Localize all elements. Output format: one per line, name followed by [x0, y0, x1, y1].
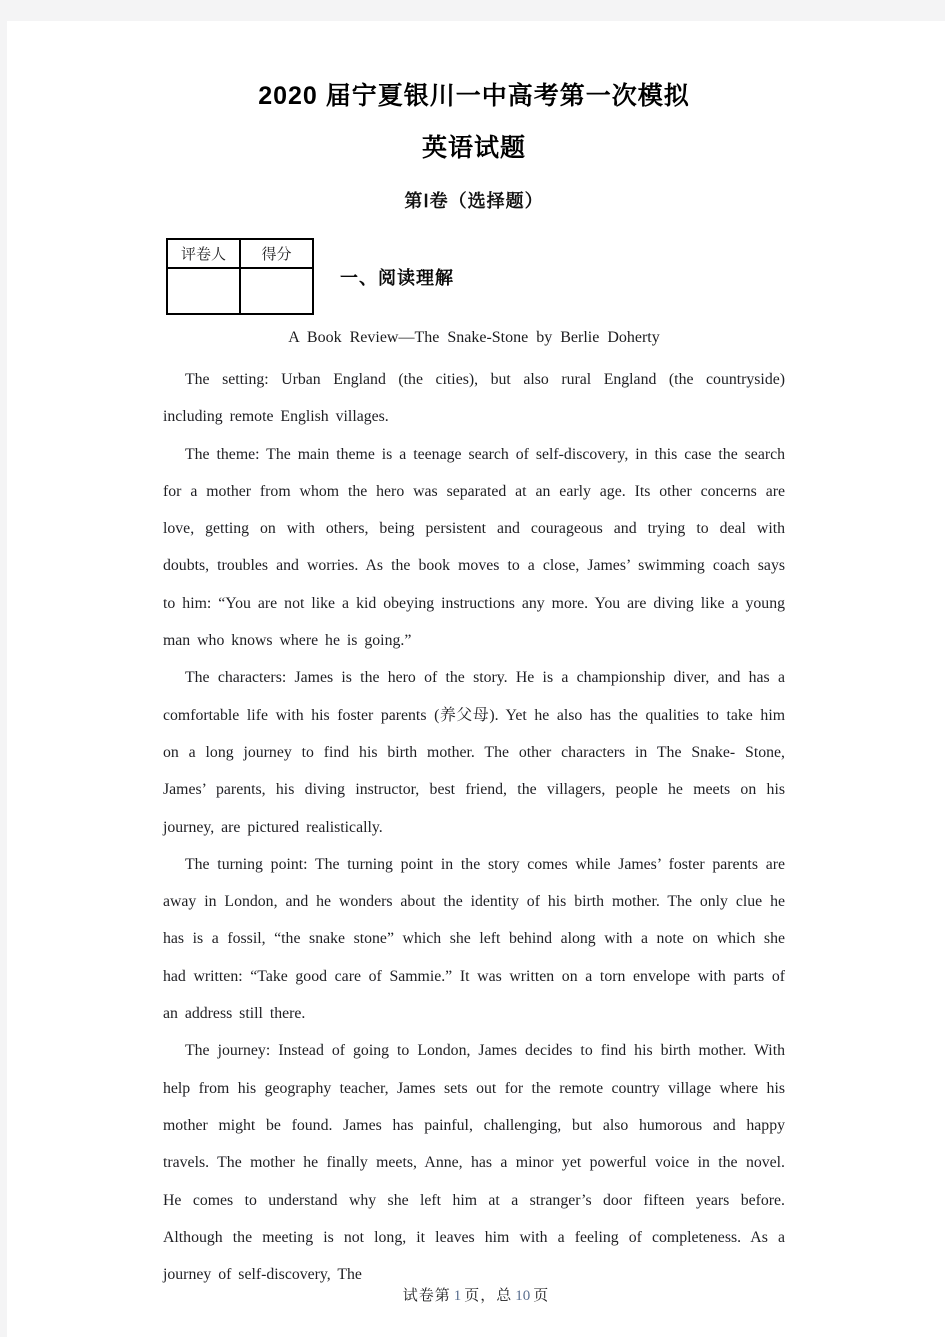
page-footer: 试卷第1页，总10页 [7, 1284, 945, 1305]
footer-page-number: 1 [451, 1288, 465, 1304]
grader-table: 评卷人 得分 [166, 238, 314, 315]
passage-paragraph: The journey: Instead of going to London,… [163, 1032, 785, 1293]
footer-suffix: 页 [533, 1288, 549, 1304]
exam-paper-page: 2020 届宁夏银川一中高考第一次模拟 英语试题 第Ⅰ卷（选择题） 评卷人 得分 [7, 21, 945, 1337]
passage-body: The setting: Urban England (the cities),… [163, 361, 785, 1293]
grader-table-blank-row [167, 268, 313, 314]
score-col-header: 得分 [240, 239, 313, 268]
part-label: 第Ⅰ卷（选择题） [163, 189, 785, 213]
section-heading-reading-comprehension: 一、阅读理解 [340, 264, 454, 290]
passage-paragraph: The theme: The main theme is a teenage s… [163, 436, 785, 660]
grader-cell-empty [167, 268, 240, 314]
grader-table-header-row: 评卷人 得分 [167, 239, 313, 268]
document-viewport: 2020 届宁夏银川一中高考第一次模拟 英语试题 第Ⅰ卷（选择题） 评卷人 得分 [0, 0, 945, 1337]
passage-title: A Book Review—The Snake-Stone by Berlie … [163, 327, 785, 349]
footer-prefix: 试卷第 [403, 1288, 451, 1304]
exam-subtitle: 英语试题 [163, 131, 785, 165]
passage-paragraph: The characters: James is the hero of the… [163, 659, 785, 845]
passage-paragraph: The setting: Urban England (the cities),… [163, 361, 785, 436]
grader-col-header: 评卷人 [167, 239, 240, 268]
score-cell-empty [240, 268, 313, 314]
exam-title: 2020 届宁夏银川一中高考第一次模拟 [163, 79, 785, 113]
footer-total-pages: 10 [512, 1288, 533, 1304]
footer-middle: 页，总 [464, 1288, 512, 1304]
grader-section: 评卷人 得分 一、阅读理解 [163, 238, 785, 315]
passage-paragraph: The turning point: The turning point in … [163, 846, 785, 1032]
page-content: 2020 届宁夏银川一中高考第一次模拟 英语试题 第Ⅰ卷（选择题） 评卷人 得分 [7, 21, 945, 1337]
